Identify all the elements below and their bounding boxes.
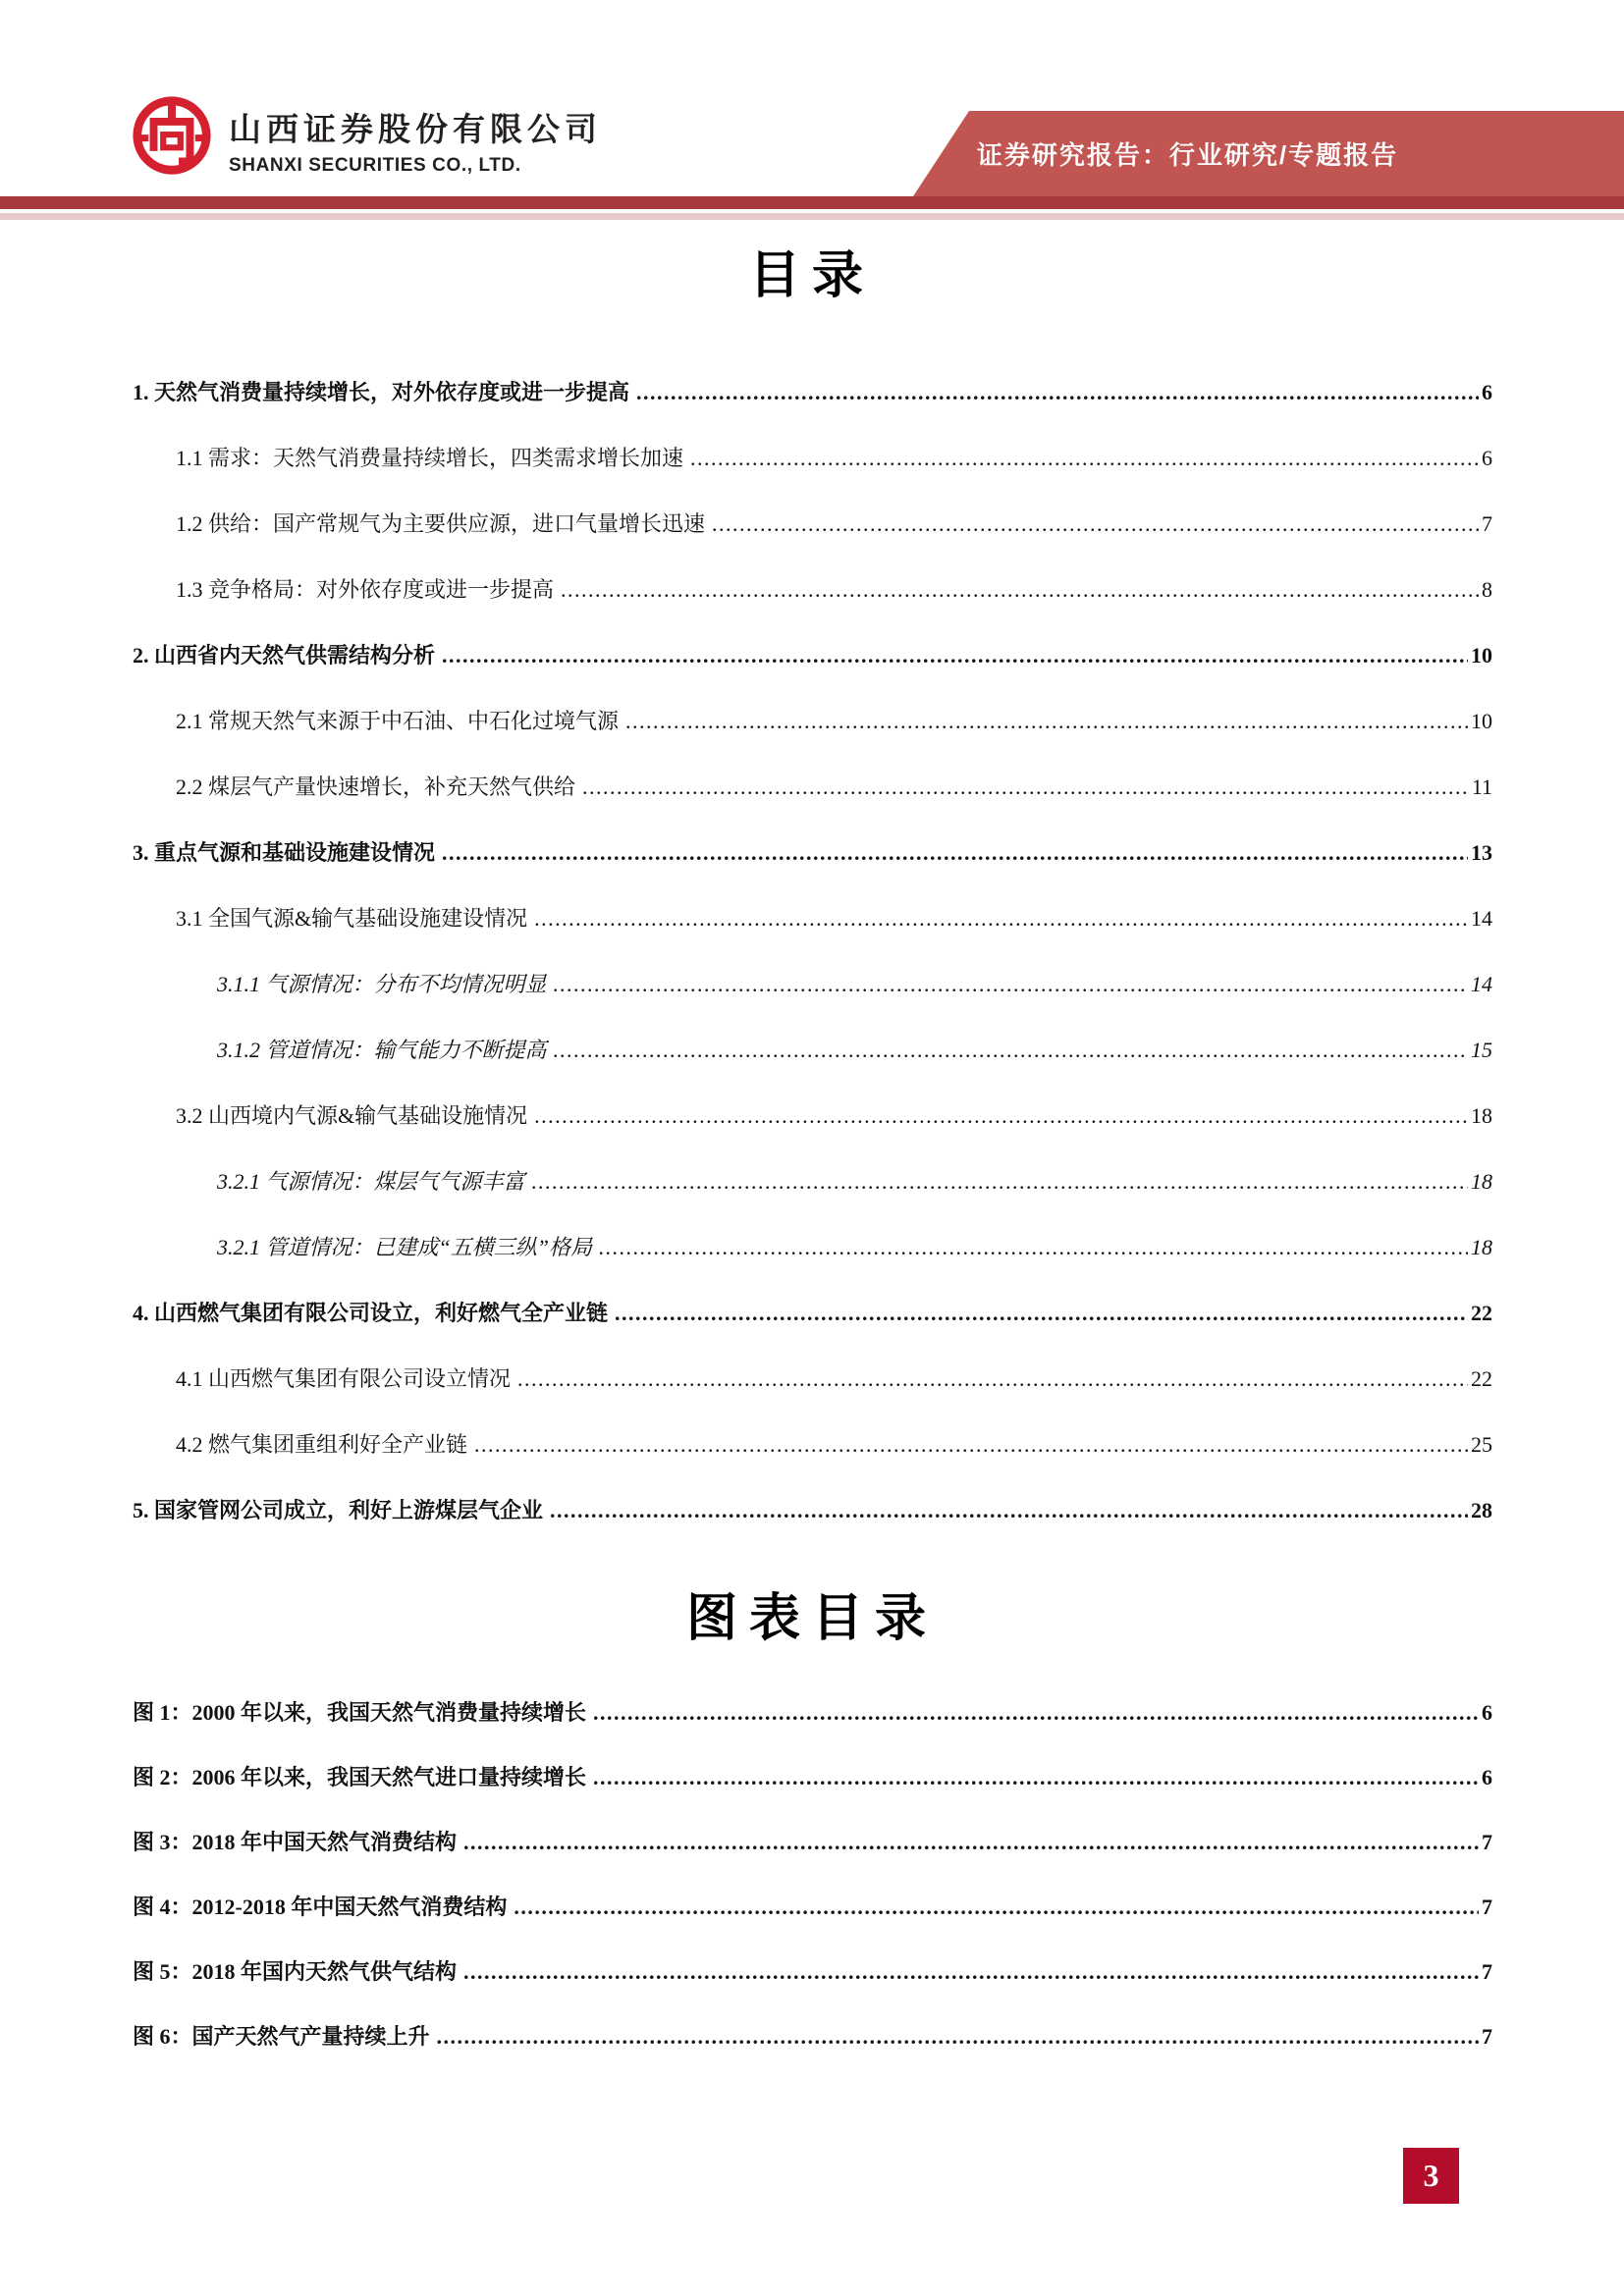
figure-entry-label: 图 1：2000 年以来，我国天然气消费量持续增长 — [133, 1681, 586, 1745]
figure-entry-page: 7 — [1482, 1875, 1492, 1940]
page-number-badge: 3 — [1403, 2148, 1459, 2204]
figure-entry: 图 5：2018 年国内天然气供气结构.....................… — [133, 1940, 1492, 2004]
toc-entry: 1.3 竞争格局：对外依存度或进一步提高....................… — [133, 557, 1492, 622]
toc-entry-label: 1. 天然气消费量持续增长，对外依存度或进一步提高 — [133, 359, 629, 425]
toc-entry: 3.1 全国气源&输气基础设施建设情况.....................… — [133, 885, 1492, 951]
toc-entry-label: 3. 重点气源和基础设施建设情况 — [133, 820, 435, 885]
figure-entry-label: 图 6：国产天然气产量持续上升 — [133, 2004, 430, 2069]
company-name-en: SHANXI SECURITIES CO., LTD. — [229, 155, 602, 177]
figure-entry-label: 图 5：2018 年国内天然气供气结构 — [133, 1940, 457, 2004]
toc-entry-page: 18 — [1471, 1083, 1492, 1148]
toc-entry-page: 8 — [1482, 557, 1492, 622]
dot-leader: ........................................… — [599, 1214, 1468, 1280]
figure-entry: 图 3：2018 年中国天然气消费结构.....................… — [133, 1810, 1492, 1875]
figure-entry: 图 2：2006 年以来，我国天然气进口量持续增长...............… — [133, 1745, 1492, 1810]
toc-entry: 4.2 燃气集团重组利好全产业链........................… — [133, 1412, 1492, 1477]
figure-entry-page: 7 — [1482, 1940, 1492, 2004]
toc-entry-page: 22 — [1471, 1346, 1492, 1412]
toc-entry: 1. 天然气消费量持续增长，对外依存度或进一步提高...............… — [133, 359, 1492, 425]
dot-leader: ........................................… — [554, 1017, 1468, 1083]
toc-entry-label: 3.2.1 气源情况：煤层气气源丰富 — [133, 1148, 525, 1214]
dot-leader: ........................................… — [534, 1083, 1468, 1148]
figure-entry: 图 6：国产天然气产量持续上升.........................… — [133, 2004, 1492, 2069]
toc-entry-label: 4.1 山西燃气集团有限公司设立情况 — [133, 1346, 511, 1412]
toc-entry-page: 6 — [1482, 359, 1492, 425]
toc-entry: 3.2 山西境内气源&输气基础设施情况.....................… — [133, 1083, 1492, 1148]
toc-entry-page: 14 — [1471, 885, 1492, 951]
toc-entry-label: 5. 国家管网公司成立，利好上游煤层气企业 — [133, 1477, 543, 1543]
dot-leader: ........................................… — [437, 2004, 1479, 2069]
dot-leader: ........................................… — [593, 1681, 1479, 1745]
toc-entry: 4. 山西燃气集团有限公司设立，利好燃气全产业链................… — [133, 1280, 1492, 1346]
toc-entry-label: 3.2 山西境内气源&输气基础设施情况 — [133, 1083, 527, 1148]
toc-entry-page: 10 — [1471, 622, 1492, 688]
toc-list: 1. 天然气消费量持续增长，对外依存度或进一步提高...............… — [133, 359, 1492, 1543]
toc-entry: 2.2 煤层气产量快速增长，补充天然气供给...................… — [133, 754, 1492, 820]
figure-entry: 图 4：2012-2018 年中国天然气消费结构................… — [133, 1875, 1492, 1940]
figures-toc-list: 图 1：2000 年以来，我国天然气消费量持续增长...............… — [133, 1681, 1492, 2069]
company-logo — [129, 92, 215, 179]
dot-leader: ........................................… — [514, 1875, 1479, 1940]
toc-entry-page: 10 — [1471, 688, 1492, 754]
dot-leader: ........................................… — [463, 1810, 1479, 1875]
dot-leader: ........................................… — [442, 820, 1468, 885]
dot-leader: ........................................… — [561, 557, 1479, 622]
dot-leader: ........................................… — [517, 1346, 1468, 1412]
toc-entry: 5. 国家管网公司成立，利好上游煤层气企业...................… — [133, 1477, 1492, 1543]
toc-entry-label: 3.1.2 管道情况：输气能力不断提高 — [133, 1017, 547, 1083]
toc-entry-label: 4.2 燃气集团重组利好全产业链 — [133, 1412, 467, 1477]
toc-entry-page: 14 — [1471, 951, 1492, 1017]
toc-entry-page: 28 — [1471, 1477, 1492, 1543]
header-rule-dark — [0, 196, 1624, 209]
toc-entry-page: 6 — [1482, 425, 1492, 491]
toc-entry-label: 4. 山西燃气集团有限公司设立，利好燃气全产业链 — [133, 1280, 608, 1346]
toc-entry-label: 3.2.1 管道情况：已建成“五横三纵”格局 — [133, 1214, 592, 1280]
toc-entry: 3.2.1 管道情况：已建成“五横三纵”格局..................… — [133, 1214, 1492, 1280]
company-name-cn: 山西证券股份有限公司 — [229, 104, 602, 150]
toc-entry-label: 1.1 需求：天然气消费量持续增长，四类需求增长加速 — [133, 425, 683, 491]
toc-entry: 3.1.1 气源情况：分布不均情况明显.....................… — [133, 951, 1492, 1017]
toc-title: 目录 — [0, 234, 1624, 307]
toc-entry-page: 13 — [1471, 820, 1492, 885]
toc-entry-label: 3.1.1 气源情况：分布不均情况明显 — [133, 951, 547, 1017]
dot-leader: ........................................… — [593, 1745, 1479, 1810]
dot-leader: ........................................… — [690, 425, 1479, 491]
figure-entry-label: 图 2：2006 年以来，我国天然气进口量持续增长 — [133, 1745, 586, 1810]
dot-leader: ........................................… — [712, 491, 1479, 557]
figures-toc-title: 图表目录 — [0, 1576, 1624, 1650]
dot-leader: ........................................… — [463, 1940, 1479, 2004]
toc-entry: 1.1 需求：天然气消费量持续增长，四类需求增长加速..............… — [133, 425, 1492, 491]
toc-entry: 2.1 常规天然气来源于中石油、中石化过境气源.................… — [133, 688, 1492, 754]
figure-entry-label: 图 3：2018 年中国天然气消费结构 — [133, 1810, 457, 1875]
report-type-banner: 证券研究报告：行业研究/专题报告 — [913, 111, 1624, 196]
shanxi-securities-seal-icon — [129, 92, 215, 179]
toc-entry-label: 1.2 供给：国产常规气为主要供应源，进口气量增长迅速 — [133, 491, 705, 557]
dot-leader: ........................................… — [554, 951, 1468, 1017]
toc-entry: 2. 山西省内天然气供需结构分析........................… — [133, 622, 1492, 688]
toc-entry: 4.1 山西燃气集团有限公司设立情况......................… — [133, 1346, 1492, 1412]
toc-entry-page: 18 — [1471, 1148, 1492, 1214]
toc-entry: 3. 重点气源和基础设施建设情况........................… — [133, 820, 1492, 885]
figure-entry-page: 7 — [1482, 1810, 1492, 1875]
dot-leader: ........................................… — [474, 1412, 1468, 1477]
dot-leader: ........................................… — [532, 1148, 1468, 1214]
toc-entry-page: 22 — [1471, 1280, 1492, 1346]
figure-entry-page: 6 — [1482, 1681, 1492, 1745]
toc-entry-page: 25 — [1471, 1412, 1492, 1477]
toc-entry-page: 7 — [1482, 491, 1492, 557]
report-toc-page: 山西证券股份有限公司 SHANXI SECURITIES CO., LTD. 证… — [0, 0, 1624, 2296]
dot-leader: ........................................… — [582, 754, 1469, 820]
toc-entry: 1.2 供给：国产常规气为主要供应源，进口气量增长迅速.............… — [133, 491, 1492, 557]
toc-entry-page: 18 — [1471, 1214, 1492, 1280]
toc-entry: 3.2.1 气源情况：煤层气气源丰富......................… — [133, 1148, 1492, 1214]
toc-entry-label: 2. 山西省内天然气供需结构分析 — [133, 622, 435, 688]
figure-entry-page: 7 — [1482, 2004, 1492, 2069]
dot-leader: ........................................… — [636, 359, 1479, 425]
dot-leader: ........................................… — [550, 1477, 1468, 1543]
toc-entry-label: 2.2 煤层气产量快速增长，补充天然气供给 — [133, 754, 575, 820]
toc-entry-page: 15 — [1471, 1017, 1492, 1083]
dot-leader: ........................................… — [442, 622, 1468, 688]
toc-entry: 3.1.2 管道情况：输气能力不断提高.....................… — [133, 1017, 1492, 1083]
dot-leader: ........................................… — [625, 688, 1468, 754]
toc-entry-label: 1.3 竞争格局：对外依存度或进一步提高 — [133, 557, 554, 622]
toc-entry-page: 11 — [1472, 754, 1492, 820]
toc-entry-label: 3.1 全国气源&输气基础设施建设情况 — [133, 885, 527, 951]
figure-entry-page: 6 — [1482, 1745, 1492, 1810]
figure-entry: 图 1：2000 年以来，我国天然气消费量持续增长...............… — [133, 1681, 1492, 1745]
toc-entry-label: 2.1 常规天然气来源于中石油、中石化过境气源 — [133, 688, 619, 754]
header-rule-light — [0, 213, 1624, 220]
figure-entry-label: 图 4：2012-2018 年中国天然气消费结构 — [133, 1875, 507, 1940]
dot-leader: ........................................… — [615, 1280, 1468, 1346]
dot-leader: ........................................… — [534, 885, 1468, 951]
company-name-block: 山西证券股份有限公司 SHANXI SECURITIES CO., LTD. — [229, 104, 602, 177]
